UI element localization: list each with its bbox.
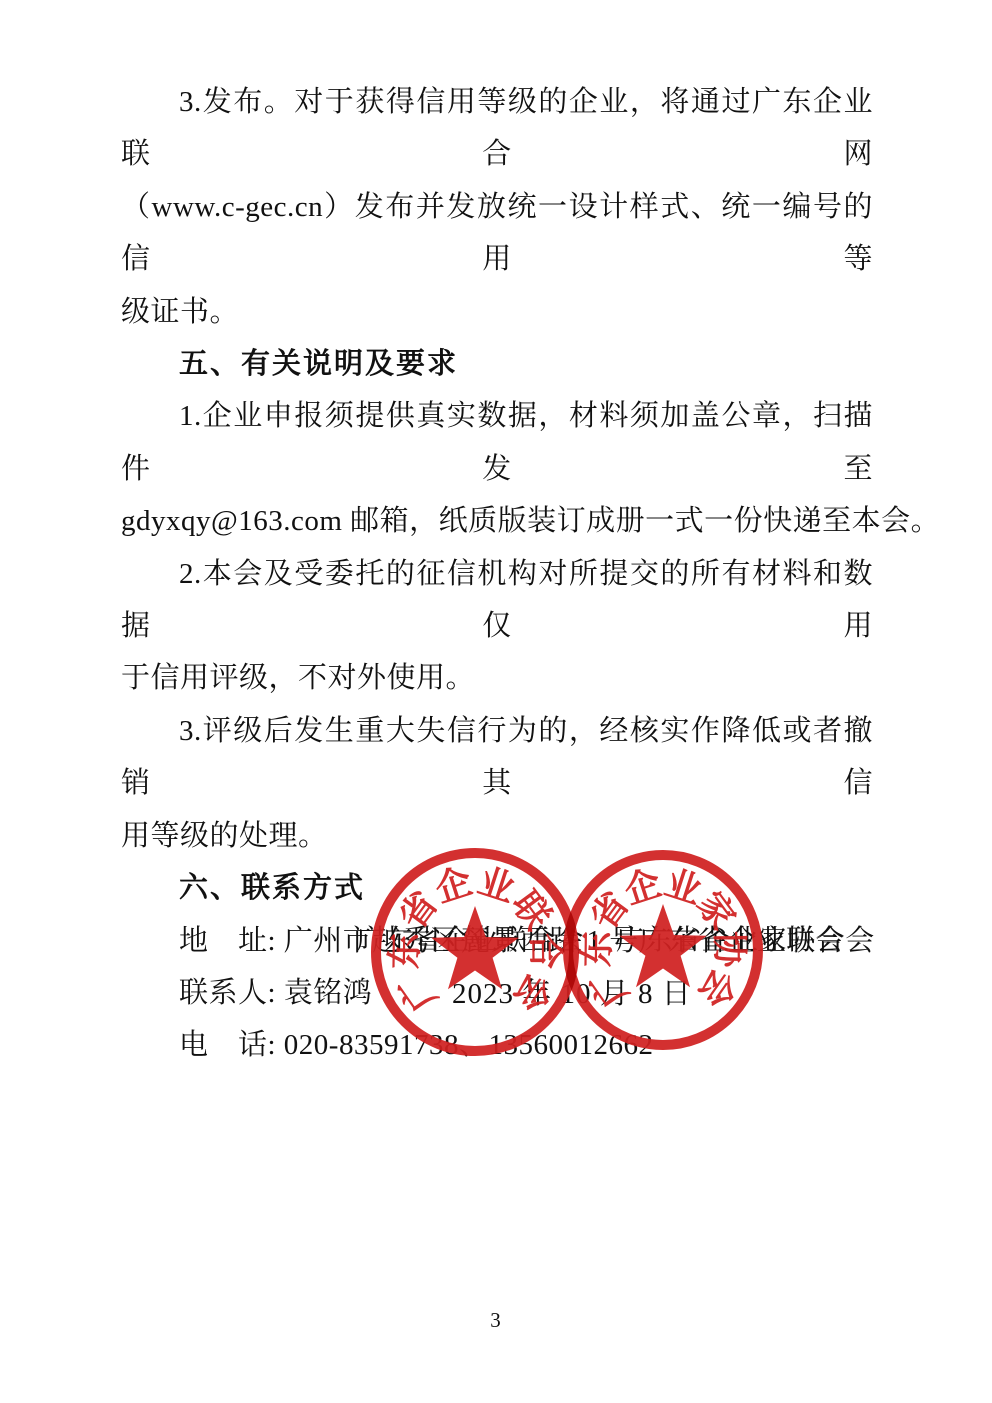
paragraph-line: 1.企业申报须提供真实数据，材料须加盖公章，扫描件发至 bbox=[121, 390, 873, 495]
paragraph-line: 于信用评级，不对外使用。 bbox=[121, 652, 873, 704]
paragraph-line: 用等级的处理。 bbox=[121, 810, 873, 862]
signature-org-2: 广东省企业家协会 bbox=[616, 925, 844, 956]
document-body: 3.发布。对于获得信用等级的企业，将通过广东企业联合网 （www.c-gec.c… bbox=[121, 76, 873, 1072]
paragraph-line: 3.评级后发生重大失信行为的，经核实作降低或者撤销其信 bbox=[121, 705, 873, 810]
document-page: 3.发布。对于获得信用等级的企业，将通过广东企业联合网 （www.c-gec.c… bbox=[0, 0, 992, 1403]
contact-phone-line: 电 话: 020-83591738、13560012662 bbox=[121, 1019, 873, 1071]
section-heading-5: 五、有关说明及要求 bbox=[121, 338, 873, 390]
signature-organizations: 广东省企业联合会广东省企业家协会 bbox=[356, 924, 844, 958]
paragraph-line-email: gdyxqy@163.com 邮箱，纸质版装订成册一式一份快递至本会。 bbox=[121, 495, 873, 547]
signature-date: 2023 年 10 月 8 日 bbox=[452, 976, 692, 1012]
paragraph-line: 2.本会及受委托的征信机构对所提交的所有材料和数据仅用 bbox=[121, 548, 873, 653]
page-number: 3 bbox=[0, 1308, 992, 1333]
paragraph-line: （www.c-gec.cn）发布并发放统一设计样式、统一编号的信用等 bbox=[121, 181, 873, 286]
signature-org-1: 广东省企业联合会 bbox=[356, 925, 584, 956]
paragraph-line: 3.发布。对于获得信用等级的企业，将通过广东企业联合网 bbox=[121, 76, 873, 181]
section-heading-6: 六、联系方式 bbox=[121, 862, 873, 914]
paragraph-line: 级证书。 bbox=[121, 286, 873, 338]
